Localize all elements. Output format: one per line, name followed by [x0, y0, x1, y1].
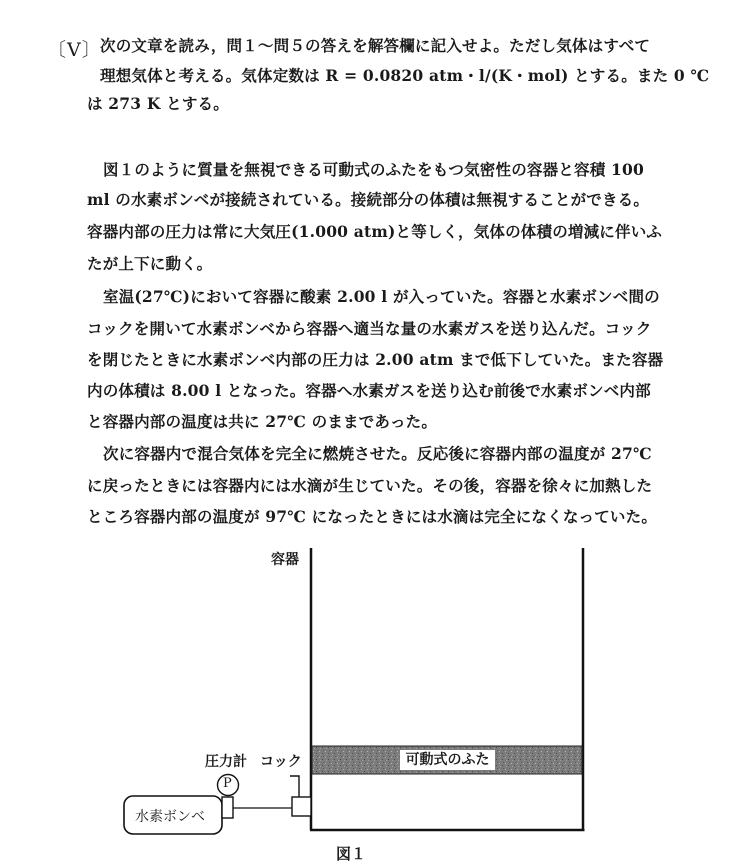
cylinder-valve [222, 797, 233, 818]
container-label: 容器 [271, 549, 299, 569]
container [310, 548, 585, 830]
pressure-gauge-label: 圧力計 [205, 751, 247, 771]
figure-caption: 図１ [336, 843, 366, 864]
figure-1-diagram [0, 0, 734, 864]
cock-label: コック [260, 751, 302, 771]
cock-valve [292, 797, 311, 816]
cock-handle [290, 776, 299, 797]
gauge-symbol: P [223, 776, 232, 791]
movable-lid-label: 可動式のふた [400, 750, 495, 770]
hydrogen-cylinder-label: 水素ボンベ [135, 806, 205, 826]
